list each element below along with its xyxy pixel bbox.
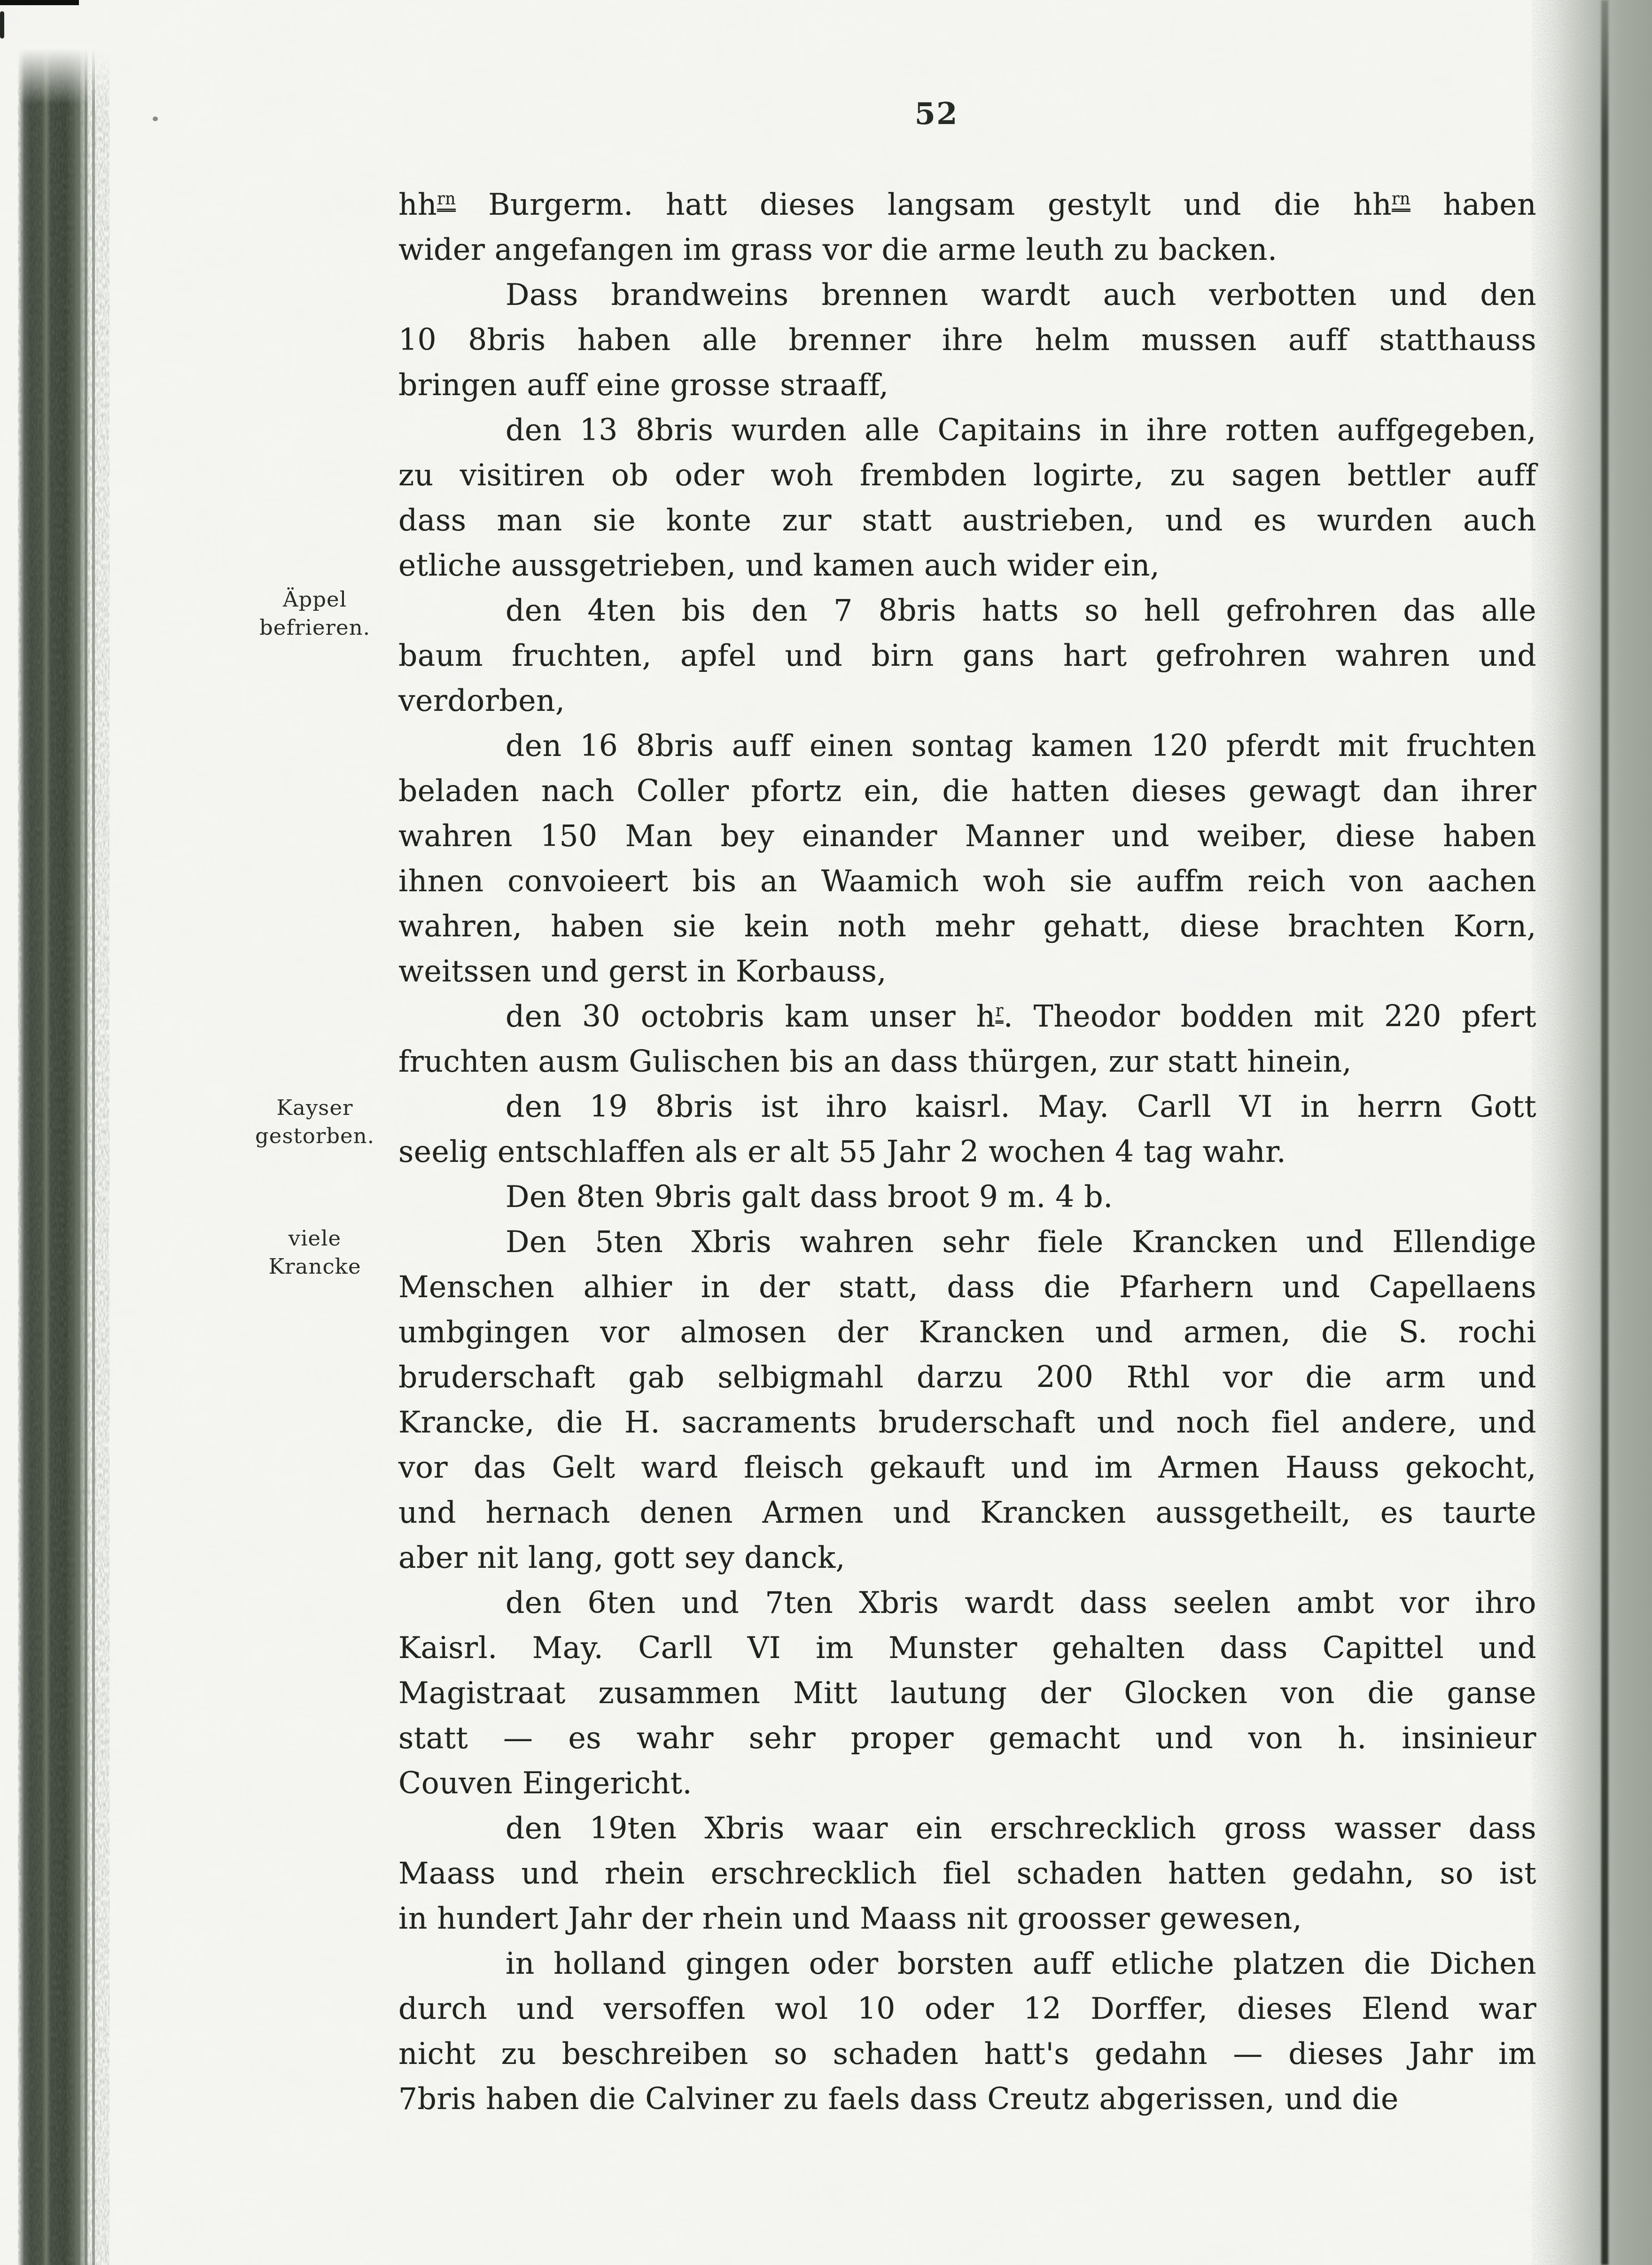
paragraph: Dass brandweins brennen wardt auch verbo… [398, 272, 1536, 408]
text-line: zu visitiren ob oder woh frembden logirt… [398, 453, 1536, 498]
paragraph: den 19 8bris ist ihro kaisrl. May. Carll… [398, 1084, 1536, 1175]
text-line: Maass und rhein erschrecklich fiel schad… [398, 1851, 1536, 1896]
text-line: in holland gingen oder borsten auff etli… [398, 1941, 1536, 1986]
text-line: beladen nach Coller pfortz ein, die hatt… [398, 769, 1536, 814]
text-line: statt — es wahr sehr proper gemacht und … [398, 1716, 1536, 1761]
scan-artifact-left-blob [0, 11, 4, 39]
scan-artifact-top-bar [0, 0, 79, 5]
text-line: und hernach denen Armen und Krancken aus… [398, 1490, 1536, 1535]
text-line: seelig entschlaffen als er alt 55 Jahr 2… [398, 1129, 1536, 1175]
text-line: bringen auff eine grosse straaff, [398, 363, 1536, 408]
page-number: 52 [889, 96, 983, 132]
text-line: vor das Gelt ward fleisch gekauft und im… [398, 1445, 1536, 1490]
text-line: den 19 8bris ist ihro kaisrl. May. Carll… [398, 1084, 1536, 1129]
text-line: dass man sie konte zur statt austrieben,… [398, 498, 1536, 543]
paragraph: den 13 8bris wurden alle Capitains in ih… [398, 408, 1536, 588]
page-edge-shadow [1532, 0, 1652, 2265]
text-line: den 4ten bis den 7 8bris hatts so hell g… [398, 588, 1536, 633]
page-edge-dark-line [1601, 0, 1608, 2265]
text-line: aber nit lang, gott sey danck, [398, 1535, 1536, 1580]
paragraph: den 4ten bis den 7 8bris hatts so hell g… [398, 588, 1536, 724]
superscript-abbreviation: rn [437, 190, 456, 209]
text-line: fruchten ausm Gulischen bis an dass thür… [398, 1039, 1536, 1084]
paragraph: hhrn Burgerm. hatt dieses langsam gestyl… [398, 182, 1536, 272]
scan-artifact-dot [153, 117, 158, 121]
scanned-book-page: 52 Äppel befrieren. Kayser gestorben. vi… [0, 0, 1652, 2265]
text-line: bruderschaft gab selbigmahl darzu 200 Rt… [398, 1355, 1536, 1400]
text-line: den 19ten Xbris waar ein erschrecklich g… [398, 1806, 1536, 1851]
text-line: den 16 8bris auff einen sontag kamen 120… [398, 724, 1536, 769]
text-line: den 30 octobris kam unser hr. Theodor bo… [398, 994, 1536, 1039]
margin-note-kayser-gestorben: Kayser gestorben. [215, 1094, 414, 1150]
text-line: 7bris haben die Calviner zu faels dass C… [398, 2077, 1536, 2122]
text-line: hhrn Burgerm. hatt dieses langsam gestyl… [398, 182, 1536, 227]
text-line: Kaisrl. May. Carll VI im Munster gehalte… [398, 1626, 1536, 1671]
text-line: Den 8ten 9bris galt dass broot 9 m. 4 b. [398, 1175, 1536, 1220]
paragraph: den 6ten und 7ten Xbris wardt dass seele… [398, 1580, 1536, 1806]
text-line: in hundert Jahr der rhein und Maass nit … [398, 1896, 1536, 1941]
paragraph: Den 5ten Xbris wahren sehr fiele Krancke… [398, 1220, 1536, 1580]
text-line: wahren 150 Man bey einander Manner und w… [398, 814, 1536, 859]
text-line: Couven Eingericht. [398, 1761, 1536, 1806]
text-line: Den 5ten Xbris wahren sehr fiele Krancke… [398, 1220, 1536, 1265]
page-edge-grain-texture [1532, 0, 1652, 2265]
text-line: nicht zu beschreiben so schaden hatt's g… [398, 2031, 1536, 2077]
text-line: 10 8bris haben alle brenner ihre helm mu… [398, 318, 1536, 363]
text-line: umbgingen vor almosen der Krancken und a… [398, 1310, 1536, 1355]
text-line: Magistraat zusammen Mitt lautung der Glo… [398, 1671, 1536, 1716]
text-line: Menschen alhier in der statt, dass die P… [398, 1265, 1536, 1310]
binding-grain-texture [18, 43, 109, 2265]
text-line: etliche aussgetrieben, und kamen auch wi… [398, 543, 1536, 588]
paragraph: den 19ten Xbris waar ein erschrecklich g… [398, 1806, 1536, 1941]
text-line: ihnen convoieert bis an Waamich woh sie … [398, 859, 1536, 904]
body-text: hhrn Burgerm. hatt dieses langsam gestyl… [398, 182, 1536, 2122]
text-line: wider angefangen im grass vor die arme l… [398, 227, 1536, 272]
binding-top-fade [18, 43, 109, 104]
text-line: durch und versoffen wol 10 oder 12 Dorff… [398, 1986, 1536, 2031]
text-line: baum fruchten, apfel und birn gans hart … [398, 633, 1536, 678]
text-line: Krancke, die H. sacraments bruderschaft … [398, 1400, 1536, 1445]
text-line: weitssen und gerst in Korbauss, [398, 949, 1536, 994]
paragraph: den 16 8bris auff einen sontag kamen 120… [398, 724, 1536, 994]
superscript-abbreviation: rn [1392, 190, 1410, 209]
paragraph: den 30 octobris kam unser hr. Theodor bo… [398, 994, 1536, 1084]
text-line: den 13 8bris wurden alle Capitains in ih… [398, 408, 1536, 453]
text-line: Dass brandweins brennen wardt auch verbo… [398, 272, 1536, 318]
margin-note-aeppel-befrieren: Äppel befrieren. [215, 585, 414, 642]
superscript-abbreviation: r [996, 1002, 1004, 1020]
paragraph: Den 8ten 9bris galt dass broot 9 m. 4 b. [398, 1175, 1536, 1220]
text-line: verdorben, [398, 678, 1536, 724]
text-line: den 6ten und 7ten Xbris wardt dass seele… [398, 1580, 1536, 1626]
book-binding-shadow [18, 43, 109, 2265]
paragraph: in holland gingen oder borsten auff etli… [398, 1941, 1536, 2122]
margin-note-viele-krancke: viele Krancke [215, 1224, 414, 1281]
text-line: wahren, haben sie kein noth mehr gehatt,… [398, 904, 1536, 949]
